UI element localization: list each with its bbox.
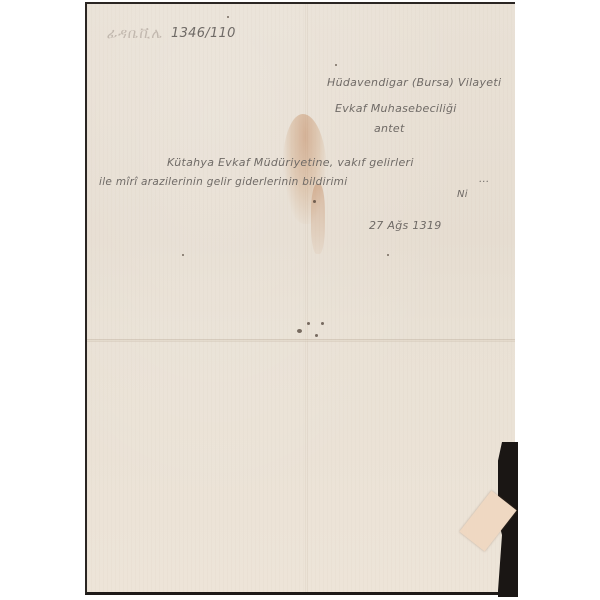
ink-spot: [297, 329, 302, 333]
body-line-2-ellipsis: ...: [479, 174, 489, 185]
water-stain-drip: [311, 184, 325, 254]
reference-number: 1346/110: [171, 26, 236, 41]
horizontal-fold-crease: [87, 339, 515, 342]
header-line-province: Hüdavendigar (Bursa) Vilayeti: [327, 76, 501, 89]
faded-stamp: ፊዳቤቪሌ: [106, 26, 164, 42]
ink-spot: [307, 322, 310, 325]
body-line-1: Kütahya Evkaf Müdüriyetine, vakıf gelirl…: [167, 156, 414, 169]
body-mark: Ni: [457, 189, 468, 200]
header-line-office: Evkaf Muhasebeciliği: [335, 102, 457, 115]
paper-texture: [87, 4, 515, 592]
body-line-2: ile mîrî arazilerinin gelir giderlerinin…: [99, 176, 347, 188]
ink-spot: [182, 254, 184, 256]
document-date: 27 Ağs 1319: [369, 219, 442, 232]
ink-spot: [313, 200, 316, 203]
aged-paper-sheet: ፊዳቤቪሌ 1346/110 Hüdavendigar (Bursa) Vila…: [85, 2, 515, 595]
ink-spot: [321, 322, 324, 325]
ink-spot: [335, 64, 337, 66]
ink-spot: [227, 16, 229, 18]
ink-spot: [315, 334, 318, 337]
document-photo: ፊዳቤቪሌ 1346/110 Hüdavendigar (Bursa) Vila…: [0, 0, 600, 600]
ink-spot: [387, 254, 389, 256]
vertical-fold-crease: [305, 4, 308, 592]
header-line-letterhead: antet: [374, 122, 405, 135]
